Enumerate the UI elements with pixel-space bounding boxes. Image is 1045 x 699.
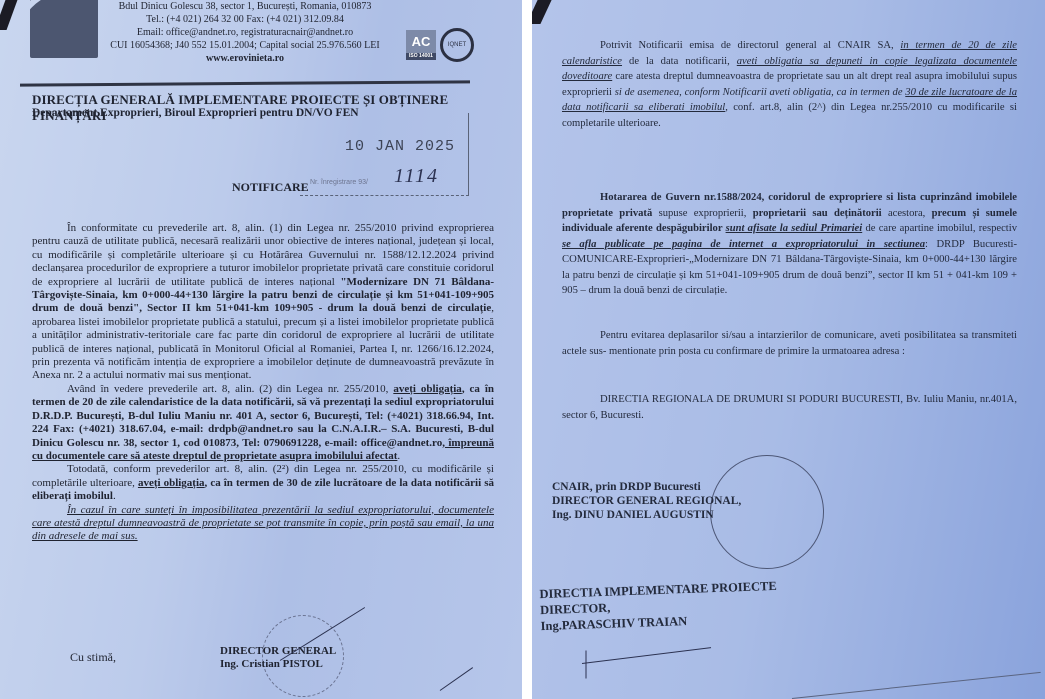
letterhead-phone: Tel.: (+4 021) 264 32 00 Fax: (+4 021) 3… (110, 13, 380, 26)
regional-signature-line1: CNAIR, prin DRDP Bucuresti (552, 480, 741, 494)
notification-body: În conformitate cu prevederile art. 8, a… (32, 222, 494, 544)
text-span: proprietarii sau deținătorii (753, 208, 882, 219)
letterhead-website: www.erovinieta.ro (110, 52, 380, 65)
text-span: . (397, 450, 400, 462)
signature-block: DIRECTOR GENERAL Ing. Cristian PISTOL (220, 645, 336, 671)
text-span: de la data notificarii, (622, 56, 737, 67)
iqnet-badge-icon: IQNET (440, 28, 474, 62)
letterhead-registry: CUI 16054368; J40 552 15.01.2004; Capita… (110, 39, 380, 52)
letterhead-email: Email: office@andnet.ro, registraturacna… (110, 26, 380, 39)
paragraph-postal-option: Pentru evitarea deplasarilor si/sau a in… (562, 328, 1017, 359)
stamp-registration-label: Nr. înregistrare 93/ (310, 179, 368, 186)
paragraph-legal-basis: În conformitate cu prevederile art. 8, a… (32, 222, 494, 383)
text-span: acestora, (882, 208, 932, 219)
text-span: si de asemenea, conform Notificarii avet… (615, 87, 906, 98)
right-document-page: Potrivit Notificarii emisa de directorul… (532, 0, 1045, 699)
letterhead-address: Bdul Dinicu Golescu 38, sector 1, Bucure… (110, 0, 380, 13)
signature-title: DIRECTOR GENERAL (220, 645, 336, 658)
handwritten-signature-stroke-icon (586, 651, 587, 679)
left-document-page: Bdul Dinicu Golescu 38, sector 1, Bucure… (0, 0, 522, 699)
registration-stamp: 10 JAN 2025 Nr. înregistrare 93/ 1114 (300, 113, 469, 196)
paragraph-obligation-documents: Având în vedere prevederile art. 8, alin… (32, 383, 494, 463)
postal-address: DIRECTIA REGIONALA DE DRUMURI SI PODURI … (562, 392, 1017, 423)
paragraph-obligation-release: Totodată, conform prevederilor art. 8, a… (32, 463, 494, 503)
text-span: Având în vedere prevederile art. 8, alin… (67, 383, 393, 395)
signature-name: Ing. Cristian PISTOL (220, 658, 336, 671)
paragraph-notification-summary: Potrivit Notificarii emisa de directorul… (562, 38, 1017, 131)
letterhead: Bdul Dinicu Golescu 38, sector 1, Bucure… (110, 0, 380, 65)
letterhead-divider (20, 80, 470, 86)
obligation-text: aveți obligația (138, 477, 205, 489)
text-span: . (113, 490, 116, 502)
stamp-date: 10 JAN 2025 (345, 138, 455, 155)
handwritten-initial-icon (440, 667, 473, 691)
text-span: se afla publicate pe pagina de internet … (562, 239, 925, 250)
iso-certification-badge-icon: ACISO 14001 (406, 30, 436, 60)
page-fold-line (792, 672, 1041, 699)
text-span: supuse exproprierii, (652, 208, 752, 219)
photo-corner-shadow (532, 0, 552, 24)
stamp-registration-number: 1114 (394, 165, 439, 188)
document-heading: NOTIFICARE (232, 180, 309, 195)
paragraph-alternative-submission: În cazul în care sunteți în imposibilita… (32, 504, 494, 544)
text-span: de care apartine imobilul, respectiv (862, 223, 1017, 234)
regional-signature-name: Ing. DINU DANIEL AUGUSTIN (552, 508, 741, 522)
closing-salutation: Cu stimă, (70, 650, 116, 665)
director-signature-block: DIRECTIA IMPLEMENTARE PROIECTE DIRECTOR,… (539, 578, 778, 634)
photo-corner-shadow (0, 0, 17, 30)
regional-signature-title: DIRECTOR GENERAL REGIONAL, (552, 494, 741, 508)
obligation-text: aveți obligația (393, 383, 462, 395)
cnair-logo (30, 0, 98, 58)
text-span: sunt afisate la sediul Primariei (726, 223, 863, 234)
paragraph-government-decision: Hotararea de Guvern nr.1588/2024, corido… (562, 190, 1017, 299)
regional-signature-block: CNAIR, prin DRDP Bucuresti DIRECTOR GENE… (552, 480, 741, 522)
text-span: Potrivit Notificarii emisa de directorul… (562, 40, 900, 51)
handwritten-signature-icon (582, 647, 711, 664)
